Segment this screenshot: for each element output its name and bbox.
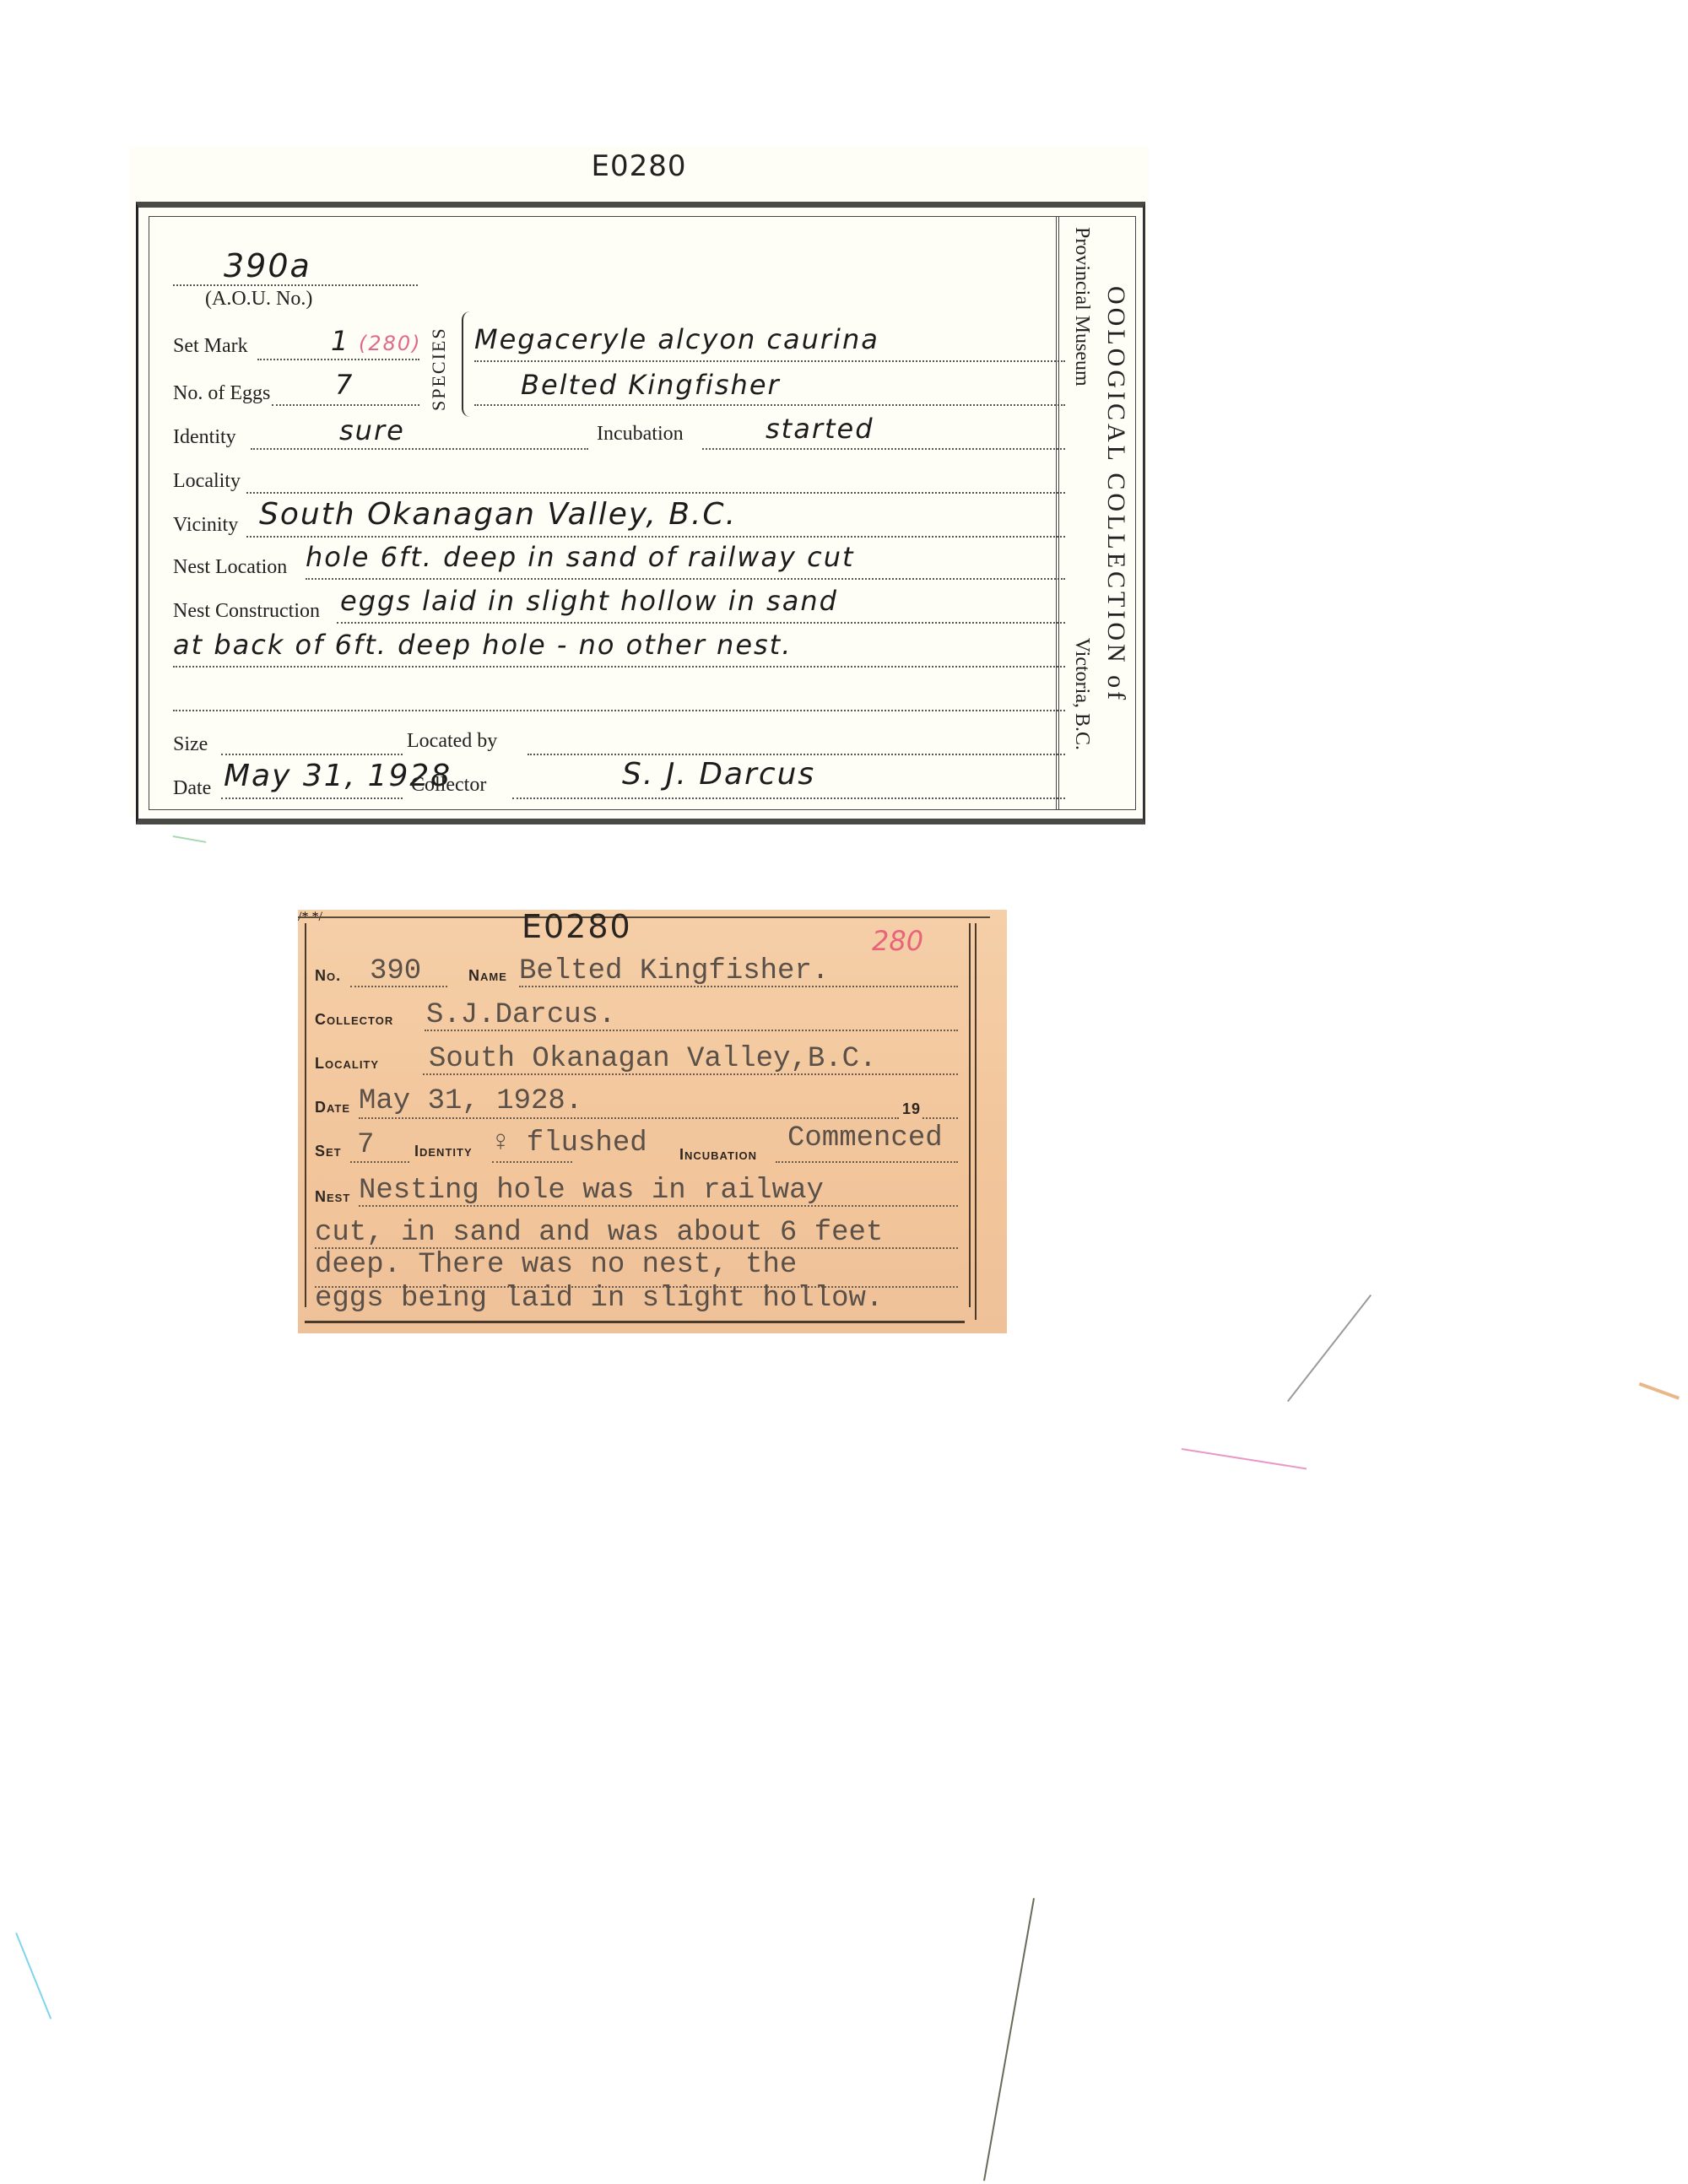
nest-construction-line1: eggs laid in slight hollow in sand: [340, 585, 838, 617]
bottom-rule: [305, 1321, 965, 1323]
species-scientific: Megaceryle alcyon caurina: [474, 323, 879, 355]
identity-label: Identity: [414, 1143, 473, 1160]
typed-specimen-label: E0280 280 No. /* */ 390 Name Belted King…: [298, 910, 1007, 1333]
no-label: No.: [315, 967, 341, 985]
side-title: OOLOGICAL COLLECTION of: [1101, 286, 1130, 703]
date-value: May 31, 1928.: [359, 1085, 582, 1117]
species-common: Belted Kingfisher: [521, 369, 781, 401]
set-mark-red-note: (280): [359, 332, 422, 355]
collector-line: [512, 797, 1065, 799]
date-label: Date: [173, 777, 211, 800]
nest-line4: eggs being laid in slight hollow.: [315, 1283, 883, 1315]
scan-smudge: [1639, 1382, 1680, 1400]
nest-construction-line-1: [337, 622, 1065, 624]
scan-scratch: [15, 1933, 51, 2019]
incubation-line: [776, 1161, 958, 1163]
nest-location-line: [306, 578, 1065, 580]
no-of-eggs-label: No. of Eggs: [173, 382, 270, 405]
no-of-eggs-value: 7: [335, 369, 354, 401]
located-by-line: [527, 754, 1065, 755]
size-label: Size: [173, 733, 208, 756]
collector-label: Collector: [315, 1011, 393, 1029]
incubation-label: Incubation: [597, 423, 684, 446]
size-line: [221, 754, 403, 755]
right-rule: [975, 923, 977, 1320]
incubation-label: Incubation: [679, 1146, 757, 1164]
collector-label: Collector: [411, 774, 486, 797]
card-frame: 390a (A.O.U. No.) Set Mark 1 (280) No. o…: [136, 202, 1145, 824]
collector-value: S.J.Darcus.: [426, 999, 615, 1031]
set-mark-line: [257, 359, 419, 360]
side-subtitle-museum: Provincial Museum: [1070, 227, 1093, 387]
nest-line1: Nesting hole was in railway: [359, 1175, 824, 1207]
year-prefix: 19: [902, 1100, 921, 1118]
accession-number: E0280: [522, 908, 632, 945]
red-number: 280: [872, 925, 923, 957]
collector-value: S. J. Darcus: [622, 757, 815, 792]
nest-line3: deep. There was no nest, the: [315, 1249, 797, 1281]
blank-line: [173, 710, 1065, 711]
set-mark-value: 1: [331, 325, 349, 357]
date-line: [221, 797, 403, 799]
identity-line: [251, 448, 588, 450]
name-label: Name: [468, 967, 507, 985]
locality-value: South Okanagan Valley,B.C.: [429, 1043, 877, 1075]
locality-label: Locality: [173, 470, 241, 493]
side-heading: OOLOGICAL COLLECTION of Provincial Museu…: [1059, 227, 1135, 767]
aou-number: 390a: [224, 247, 311, 284]
top-rule: [298, 916, 990, 918]
side-subtitle-location: Victoria, B.C.: [1070, 638, 1093, 750]
located-by-label: Located by: [407, 730, 497, 753]
scan-scratch: [173, 835, 207, 843]
card-inner-frame: 390a (A.O.U. No.) Set Mark 1 (280) No. o…: [149, 216, 1136, 810]
identity-label: Identity: [173, 426, 236, 449]
name-value: Belted Kingfisher.: [519, 955, 829, 987]
identity-value: ♀ flushed: [492, 1127, 647, 1160]
set-line: [350, 1161, 409, 1163]
species-line-1: [474, 360, 1065, 362]
aou-line: [173, 284, 418, 286]
nest-line2: cut, in sand and was about 6 feet: [315, 1217, 883, 1249]
set-mark-label: Set Mark: [173, 335, 248, 358]
species-line-2: [474, 404, 1065, 406]
species-brace: [462, 311, 472, 417]
eggs-line: [272, 404, 419, 406]
set-label: Set: [315, 1143, 342, 1160]
nest-location-label: Nest Location: [173, 556, 287, 579]
date-label: Date: [315, 1099, 350, 1116]
nest-construction-line-2: [173, 666, 1065, 668]
nest-construction-line2: at back of 6ft. deep hole - no other nes…: [173, 629, 792, 661]
incubation-value: started: [766, 413, 874, 445]
no-value: 390: [370, 955, 421, 987]
species-label: SPECIES: [428, 327, 450, 411]
side-heading-column: OOLOGICAL COLLECTION of Provincial Museu…: [1056, 217, 1135, 809]
identity-line: [492, 1161, 572, 1163]
scan-scratch: [983, 1898, 1035, 2181]
vicinity-label: Vicinity: [173, 514, 238, 537]
scan-scratch: [1182, 1448, 1307, 1469]
scan-scratch: [1287, 1295, 1371, 1402]
locality-line: [246, 492, 1065, 494]
vicinity-line: [246, 536, 1065, 538]
accession-number: E0280: [129, 149, 1149, 183]
set-value: 7: [357, 1129, 374, 1161]
vicinity-value: South Okanagan Valley, B.C.: [259, 497, 737, 532]
year-line: [922, 1117, 958, 1119]
incubation-value: Commenced: [787, 1122, 943, 1154]
locality-label: Locality: [315, 1055, 379, 1073]
oological-record-card: E0280 390a (A.O.U. No.) Set Mark 1 (280)…: [129, 146, 1149, 817]
incubation-line: [702, 448, 1065, 450]
nest-construction-label: Nest Construction: [173, 600, 320, 623]
date-line: [359, 1117, 899, 1119]
identity-value: sure: [339, 414, 405, 446]
aou-label: (A.O.U. No.): [205, 288, 312, 311]
nest-label: Nest: [315, 1188, 350, 1206]
nest-location-value: hole 6ft. deep in sand of railway cut: [306, 541, 855, 573]
